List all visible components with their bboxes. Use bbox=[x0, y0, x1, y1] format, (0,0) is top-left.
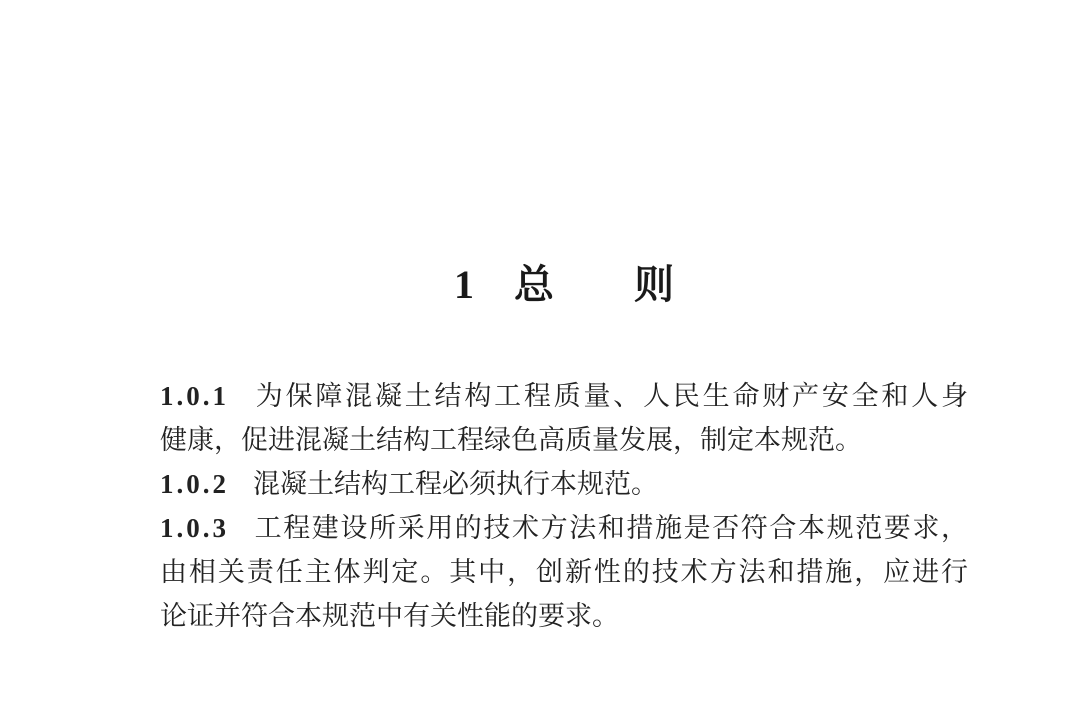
clause-number: 1.0.2 bbox=[160, 469, 229, 499]
clause-text: 为保障混凝土结构工程质量、人民生命财产安全和人身 bbox=[253, 381, 968, 411]
page-title: 1 总 则 bbox=[160, 262, 968, 308]
clause-1-0-1-line-1: 1.0.1为保障混凝土结构工程质量、人民生命财产安全和人身 bbox=[160, 374, 968, 418]
clause-1-0-3-line-2: 由相关责任主体判定。其中，创新性的技术方法和措施，应进行 bbox=[160, 550, 968, 594]
clause-text: 工程建设所采用的技术方法和措施是否符合本规范要求， bbox=[253, 513, 968, 543]
clause-number: 1.0.3 bbox=[160, 513, 229, 543]
clause-1-0-2-line-1: 1.0.2混凝土结构工程必须执行本规范。 bbox=[160, 462, 968, 506]
clause-1-0-1-line-2: 健康，促进混凝土结构工程绿色高质量发展，制定本规范。 bbox=[160, 418, 968, 462]
clause-text: 混凝土结构工程必须执行本规范。 bbox=[253, 469, 658, 499]
clause-list: 1.0.1为保障混凝土结构工程质量、人民生命财产安全和人身 健康，促进混凝土结构… bbox=[160, 374, 968, 638]
clause-text: 论证并符合本规范中有关性能的要求。 bbox=[160, 601, 619, 631]
clause-text: 由相关责任主体判定。其中，创新性的技术方法和措施，应进行 bbox=[160, 557, 968, 587]
clause-1-0-3-line-3: 论证并符合本规范中有关性能的要求。 bbox=[160, 594, 968, 638]
clause-1-0-3-line-1: 1.0.3工程建设所采用的技术方法和措施是否符合本规范要求， bbox=[160, 506, 968, 550]
clause-number: 1.0.1 bbox=[160, 381, 229, 411]
document-page: 1 总 则 1.0.1为保障混凝土结构工程质量、人民生命财产安全和人身 健康，促… bbox=[160, 0, 968, 638]
clause-text: 健康，促进混凝土结构工程绿色高质量发展，制定本规范。 bbox=[160, 425, 862, 455]
